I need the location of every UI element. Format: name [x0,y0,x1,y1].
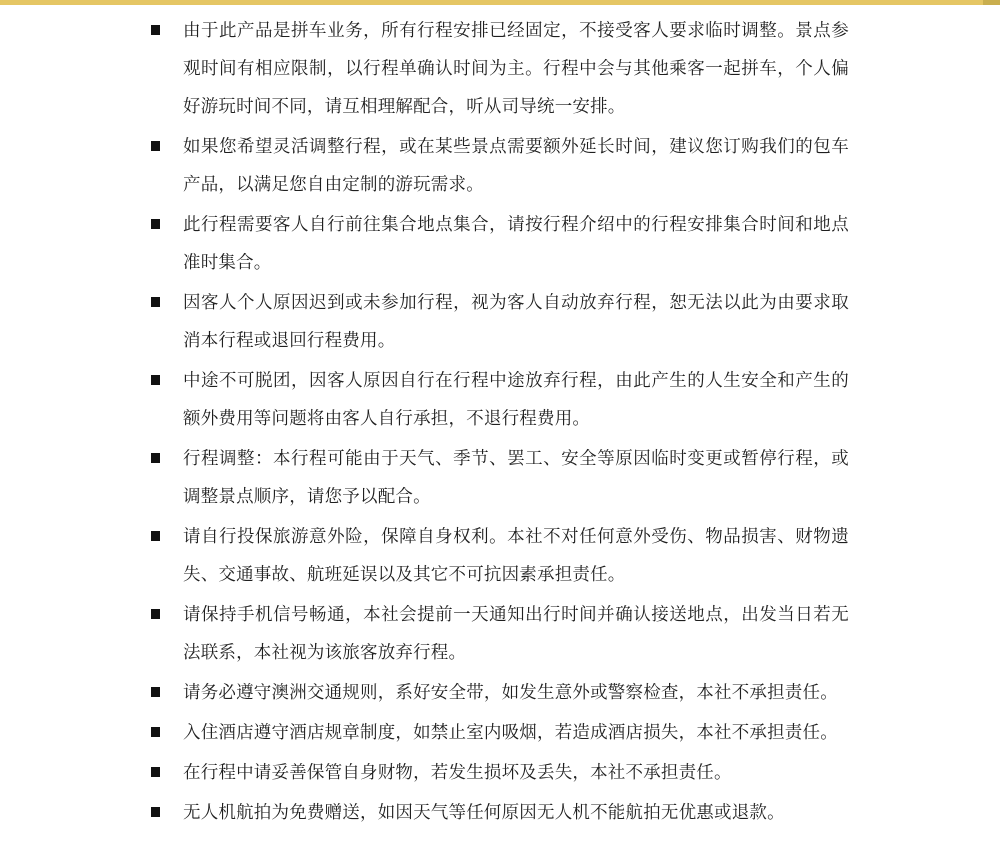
top-accent-bar [0,0,1000,5]
filled-square-bullet-icon [151,453,160,463]
filled-square-bullet-icon [151,807,160,817]
notice-item-text: 此行程需要客人自行前往集合地点集合，请按行程介绍中的行程安排集合时间和地点准时集… [183,214,849,272]
notice-item: 在行程中请妥善保管自身财物，若发生损坏及丢失，本社不承担责任。 [0,753,1000,791]
notice-item: 请保持手机信号畅通，本社会提前一天通知出行时间并确认接送地点，出发当日若无法联系… [0,595,1000,671]
filled-square-bullet-icon [151,609,160,619]
notice-item-text: 中途不可脱团，因客人原因自行在行程中途放弃行程，由此产生的人生安全和产生的额外费… [183,370,849,428]
filled-square-bullet-icon [151,297,160,307]
notice-item: 入住酒店遵守酒店规章制度，如禁止室内吸烟，若造成酒店损失，本社不承担责任。 [0,713,1000,751]
notice-item: 此行程需要客人自行前往集合地点集合，请按行程介绍中的行程安排集合时间和地点准时集… [0,205,1000,281]
top-accent-bar-end [983,0,1000,5]
filled-square-bullet-icon [151,141,160,151]
filled-square-bullet-icon [151,727,160,737]
notice-item-text: 因客人个人原因迟到或未参加行程，视为客人自动放弃行程，恕无法以此为由要求取消本行… [183,292,849,350]
notice-item: 如果您希望灵活调整行程，或在某些景点需要额外延长时间，建议您订购我们的包车产品，… [0,127,1000,203]
notice-item-text: 行程调整：本行程可能由于天气、季节、罢工、安全等原因临时变更或暂停行程，或调整景… [183,448,849,506]
filled-square-bullet-icon [151,25,160,35]
filled-square-bullet-icon [151,375,160,385]
notice-item-text: 请自行投保旅游意外险，保障自身权利。本社不对任何意外受伤、物品损害、财物遗失、交… [183,526,849,584]
notice-item: 由于此产品是拼车业务，所有行程安排已经固定，不接受客人要求临时调整。景点参观时间… [0,11,1000,125]
notice-item-text: 无人机航拍为免费赠送，如因天气等任何原因无人机不能航拍无优惠或退款。 [183,802,785,822]
filled-square-bullet-icon [151,767,160,777]
notice-item: 请自行投保旅游意外险，保障自身权利。本社不对任何意外受伤、物品损害、财物遗失、交… [0,517,1000,593]
document-page: 由于此产品是拼车业务，所有行程安排已经固定，不接受客人要求临时调整。景点参观时间… [0,0,1000,846]
filled-square-bullet-icon [151,531,160,541]
notice-item: 请务必遵守澳洲交通规则，系好安全带，如发生意外或警察检查，本社不承担责任。 [0,673,1000,711]
notice-item-text: 请务必遵守澳洲交通规则，系好安全带，如发生意外或警察检查，本社不承担责任。 [183,682,838,702]
notice-item-text: 请保持手机信号畅通，本社会提前一天通知出行时间并确认接送地点，出发当日若无法联系… [183,604,849,662]
notice-item-text: 入住酒店遵守酒店规章制度，如禁止室内吸烟，若造成酒店损失，本社不承担责任。 [183,722,838,742]
filled-square-bullet-icon [151,219,160,229]
notice-item: 因客人个人原因迟到或未参加行程，视为客人自动放弃行程，恕无法以此为由要求取消本行… [0,283,1000,359]
notice-item: 无人机航拍为免费赠送，如因天气等任何原因无人机不能航拍无优惠或退款。 [0,793,1000,831]
notice-item-text: 由于此产品是拼车业务，所有行程安排已经固定，不接受客人要求临时调整。景点参观时间… [183,20,849,116]
notice-item: 行程调整：本行程可能由于天气、季节、罢工、安全等原因临时变更或暂停行程，或调整景… [0,439,1000,515]
notice-item: 中途不可脱团，因客人原因自行在行程中途放弃行程，由此产生的人生安全和产生的额外费… [0,361,1000,437]
notice-list: 由于此产品是拼车业务，所有行程安排已经固定，不接受客人要求临时调整。景点参观时间… [0,5,1000,831]
filled-square-bullet-icon [151,687,160,697]
notice-item-text: 在行程中请妥善保管自身财物，若发生损坏及丢失，本社不承担责任。 [183,762,732,782]
notice-item-text: 如果您希望灵活调整行程，或在某些景点需要额外延长时间，建议您订购我们的包车产品，… [183,136,849,194]
